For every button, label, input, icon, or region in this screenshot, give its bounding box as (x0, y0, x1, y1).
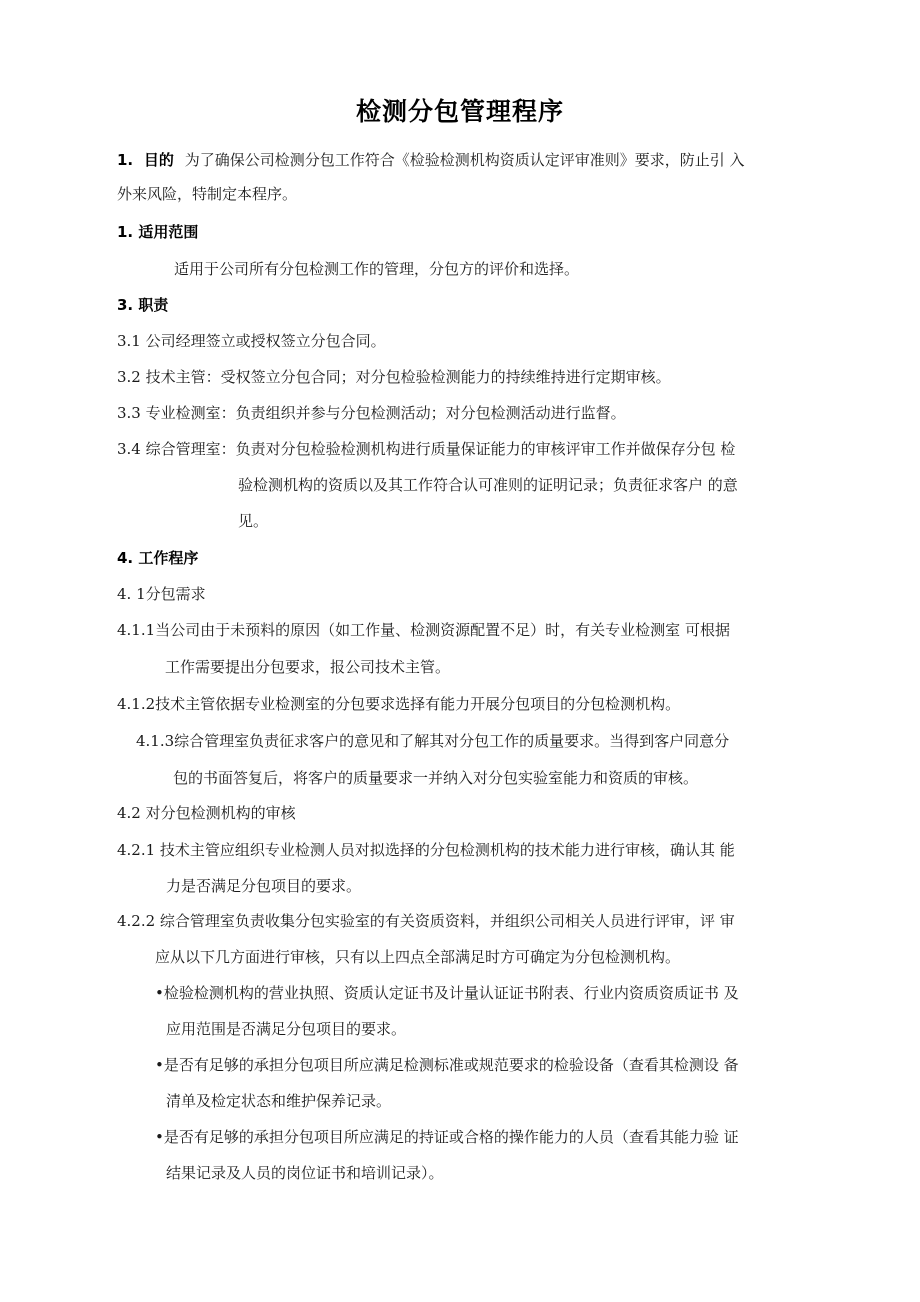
para-4-1-3-line-2: 包的书面答复后，将客户的质量要求一并纳入对分包实验室能力和资质的审核。 (173, 768, 698, 788)
purpose-line-1: 1. 目的 为了确保公司检测分包工作符合《检验检测机构资质认定评审准则》要求，防… (117, 150, 745, 170)
para-4-1-1-line-1: 4.1.1当公司由于未预料的原因（如工作量、检测资源配置不足）时，有关专业检测室… (117, 620, 730, 640)
scope-heading: 1. 适用范围 (117, 222, 198, 242)
purpose-label: 目的 (144, 151, 174, 169)
audit-heading: 4.2 对分包检测机构的审核 (117, 803, 296, 823)
document-title: 检测分包管理程序 (0, 92, 920, 128)
duty-item-3-3: 3.3 专业检测室：负责组织并参与分包检测活动；对分包检测活动进行监督。 (117, 403, 626, 423)
duties-heading: 3. 职责 (117, 295, 168, 315)
para-4-2-2-line-1: 4.2.2 综合管理室负责收集分包实验室的有关资质资料，并组织公司相关人员进行评… (117, 911, 735, 931)
para-4-2-1-line-1: 4.2.1 技术主管应组织专业检测人员对拟选择的分包检测机构的技术能力进行审核，… (117, 840, 735, 860)
bullet-2-line-1: •是否有足够的承担分包项目所应满足检测标准或规范要求的检验设备（查看其检测设 备 (155, 1055, 739, 1075)
procedure-heading: 4. 工作程序 (117, 548, 198, 568)
duty-item-3-2: 3.2 技术主管：受权签立分包合同；对分包检验检测能力的持续维持进行定期审核。 (117, 367, 671, 387)
duty-item-3-4: 3.4 综合管理室：负责对分包检验检测机构进行质量保证能力的审核评审工作并做保存… (117, 439, 735, 459)
para-4-1-1-line-2: 工作需要提出分包要求，报公司技术主管。 (165, 657, 450, 677)
duty-item-3-4-cont-2: 见。 (238, 511, 268, 531)
bullet-1-line-2: 应用范围是否满足分包项目的要求。 (166, 1019, 406, 1039)
bullet-3-line-1: •是否有足够的承担分包项目所应满足的持证或合格的操作能力的人员（查看其能力验 证 (155, 1127, 739, 1147)
scope-text: 适用于公司所有分包检测工作的管理，分包方的评价和选择。 (174, 259, 579, 279)
bullet-2-line-2: 清单及检定状态和维护保养记录。 (166, 1091, 391, 1111)
bullet-1-line-1: •检验检测机构的营业执照、资质认定证书及计量认证证书附表、行业内资质资质证书 及 (155, 983, 739, 1003)
para-4-1-3-line-1: 4.1.3综合管理室负责征求客户的意见和了解其对分包工作的质量要求。当得到客户同… (136, 731, 729, 751)
subcontract-needs-heading: 4. 1分包需求 (117, 584, 206, 604)
duty-item-3-1: 3.1 公司经理签立或授权签立分包合同。 (117, 331, 386, 351)
purpose-number: 1. (117, 151, 133, 169)
duty-item-3-4-cont-1: 验检测机构的资质以及其工作符合认可准则的证明记录；负责征求客户 的意 (238, 475, 738, 495)
purpose-text: 为了确保公司检测分包工作符合《检验检测机构资质认定评审准则》要求，防止引 入 (185, 151, 745, 169)
para-4-1-2: 4.1.2技术主管依据专业检测室的分包要求选择有能力开展分包项目的分包检测机构。 (117, 694, 680, 714)
purpose-line-2: 外来风险，特制定本程序。 (117, 184, 297, 204)
para-4-2-2-line-2: 应从以下几方面进行审核，只有以上四点全部满足时方可确定为分包检测机构。 (155, 947, 680, 967)
bullet-3-line-2: 结果记录及人员的岗位证书和培训记录）。 (166, 1163, 444, 1183)
para-4-2-1-line-2: 力是否满足分包项目的要求。 (166, 876, 361, 896)
